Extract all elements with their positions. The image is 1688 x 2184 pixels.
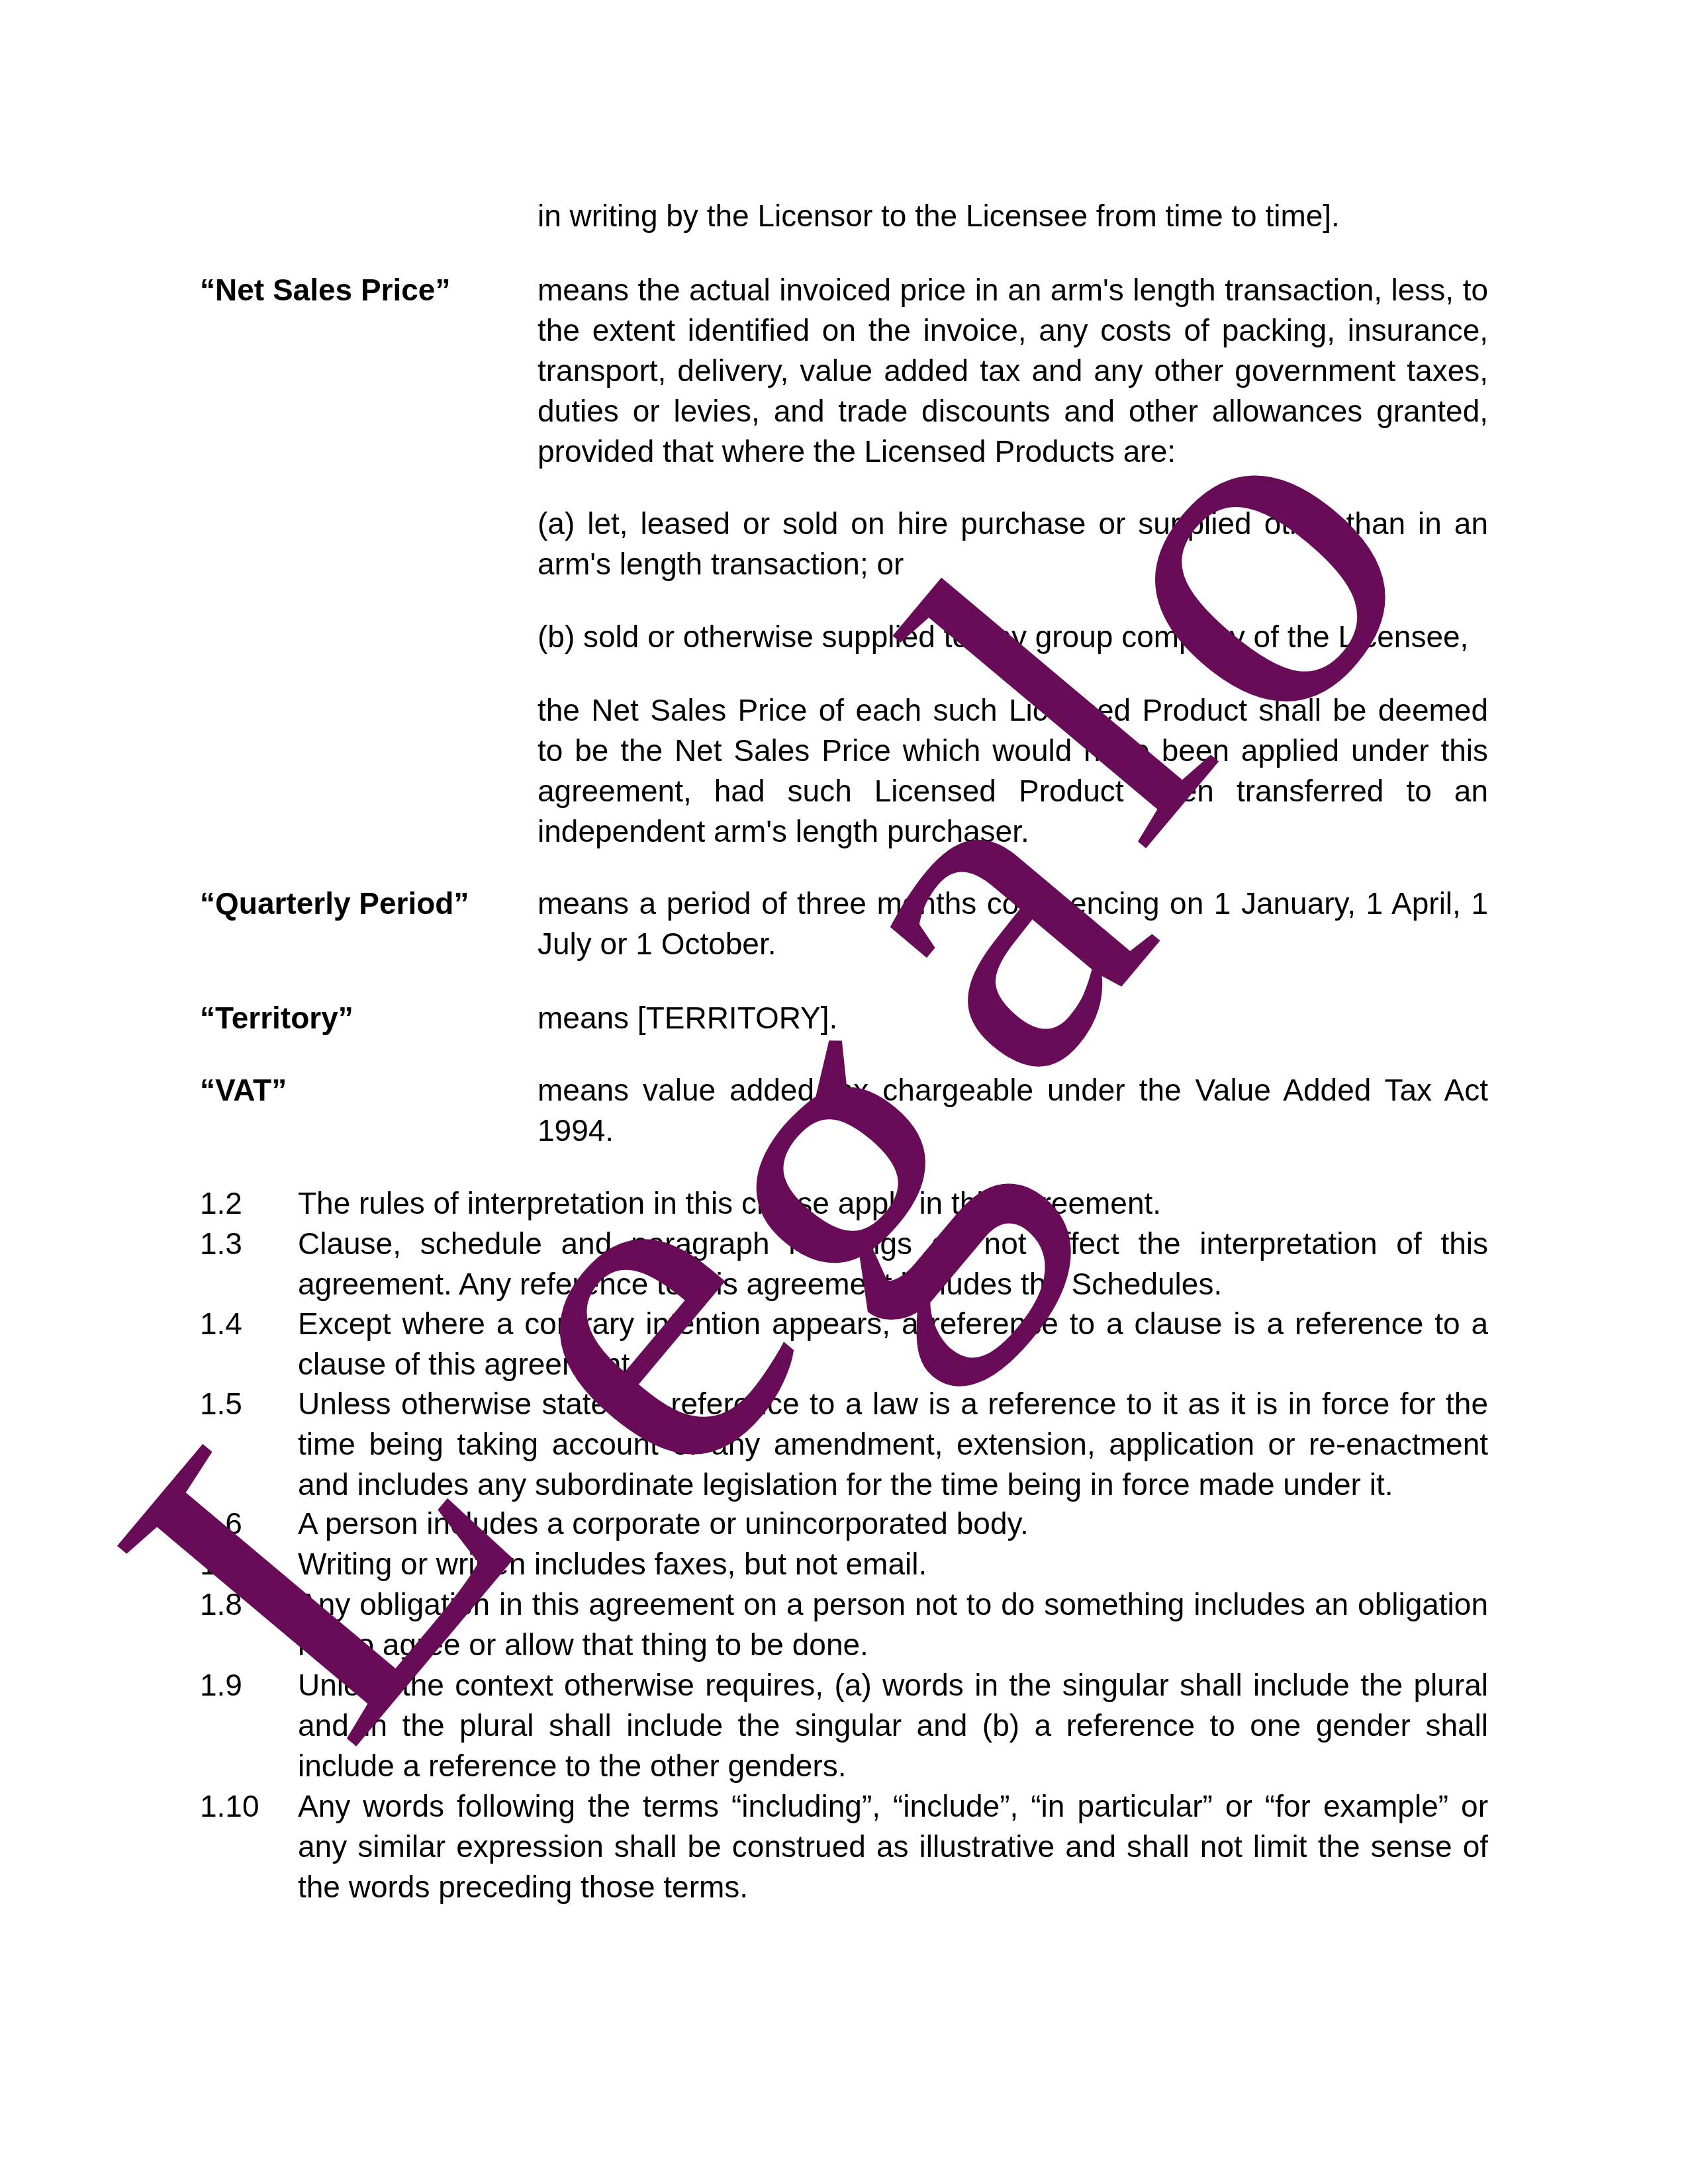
clause-text: Unless the context otherwise requires, (…	[298, 1665, 1488, 1786]
definition-term-quarterly-period: “Quarterly Period”	[200, 884, 469, 924]
clause-text: Writing or written includes faxes, but n…	[298, 1544, 1488, 1584]
clause-number: 1.9	[200, 1665, 242, 1706]
definition-continuation: in writing by the Licensor to the Licens…	[538, 196, 1488, 236]
clause-text: Clause, schedule and paragraph headings …	[298, 1224, 1488, 1304]
clause-number: 1.6	[200, 1504, 242, 1544]
clause-text: Any obligation in this agreement on a pe…	[298, 1584, 1488, 1665]
clause-text: A person includes a corporate or unincor…	[298, 1504, 1488, 1544]
clause-text: Unless otherwise stated, a reference to …	[298, 1384, 1488, 1505]
clause-number: 1.5	[200, 1384, 242, 1424]
definition-term-territory: “Territory”	[200, 998, 353, 1038]
definition-text-territory: means [TERRITORY].	[538, 998, 1488, 1038]
clause-number: 1.10	[200, 1786, 259, 1827]
definition-subitem-a: (a) let, leased or sold on hire purchase…	[538, 504, 1488, 584]
definition-term-net-sales-price: “Net Sales Price”	[200, 270, 450, 310]
definition-text-vat: means value added tax chargeable under t…	[538, 1070, 1488, 1151]
document-page: in writing by the Licensor to the Licens…	[0, 0, 1688, 2184]
definition-text-quarterly-period: means a period of three months commencin…	[538, 884, 1488, 964]
definition-text-net-sales-price: means the actual invoiced price in an ar…	[538, 270, 1488, 472]
clause-number: 1.7	[200, 1544, 242, 1584]
definition-term-vat: “VAT”	[200, 1070, 287, 1111]
definition-subitem-b: (b) sold or otherwise supplied to any gr…	[538, 617, 1488, 657]
clause-number: 1.8	[200, 1584, 242, 1625]
definition-text-net-sales-price-deemed: the Net Sales Price of each such License…	[538, 690, 1488, 852]
clause-number: 1.4	[200, 1304, 242, 1344]
clause-text: The rules of interpretation in this clau…	[298, 1183, 1488, 1224]
clause-text: Any words following the terms “including…	[298, 1786, 1488, 1907]
clause-text: Except where a contrary intention appear…	[298, 1304, 1488, 1385]
clause-number: 1.3	[200, 1224, 242, 1264]
clause-number: 1.2	[200, 1183, 242, 1224]
